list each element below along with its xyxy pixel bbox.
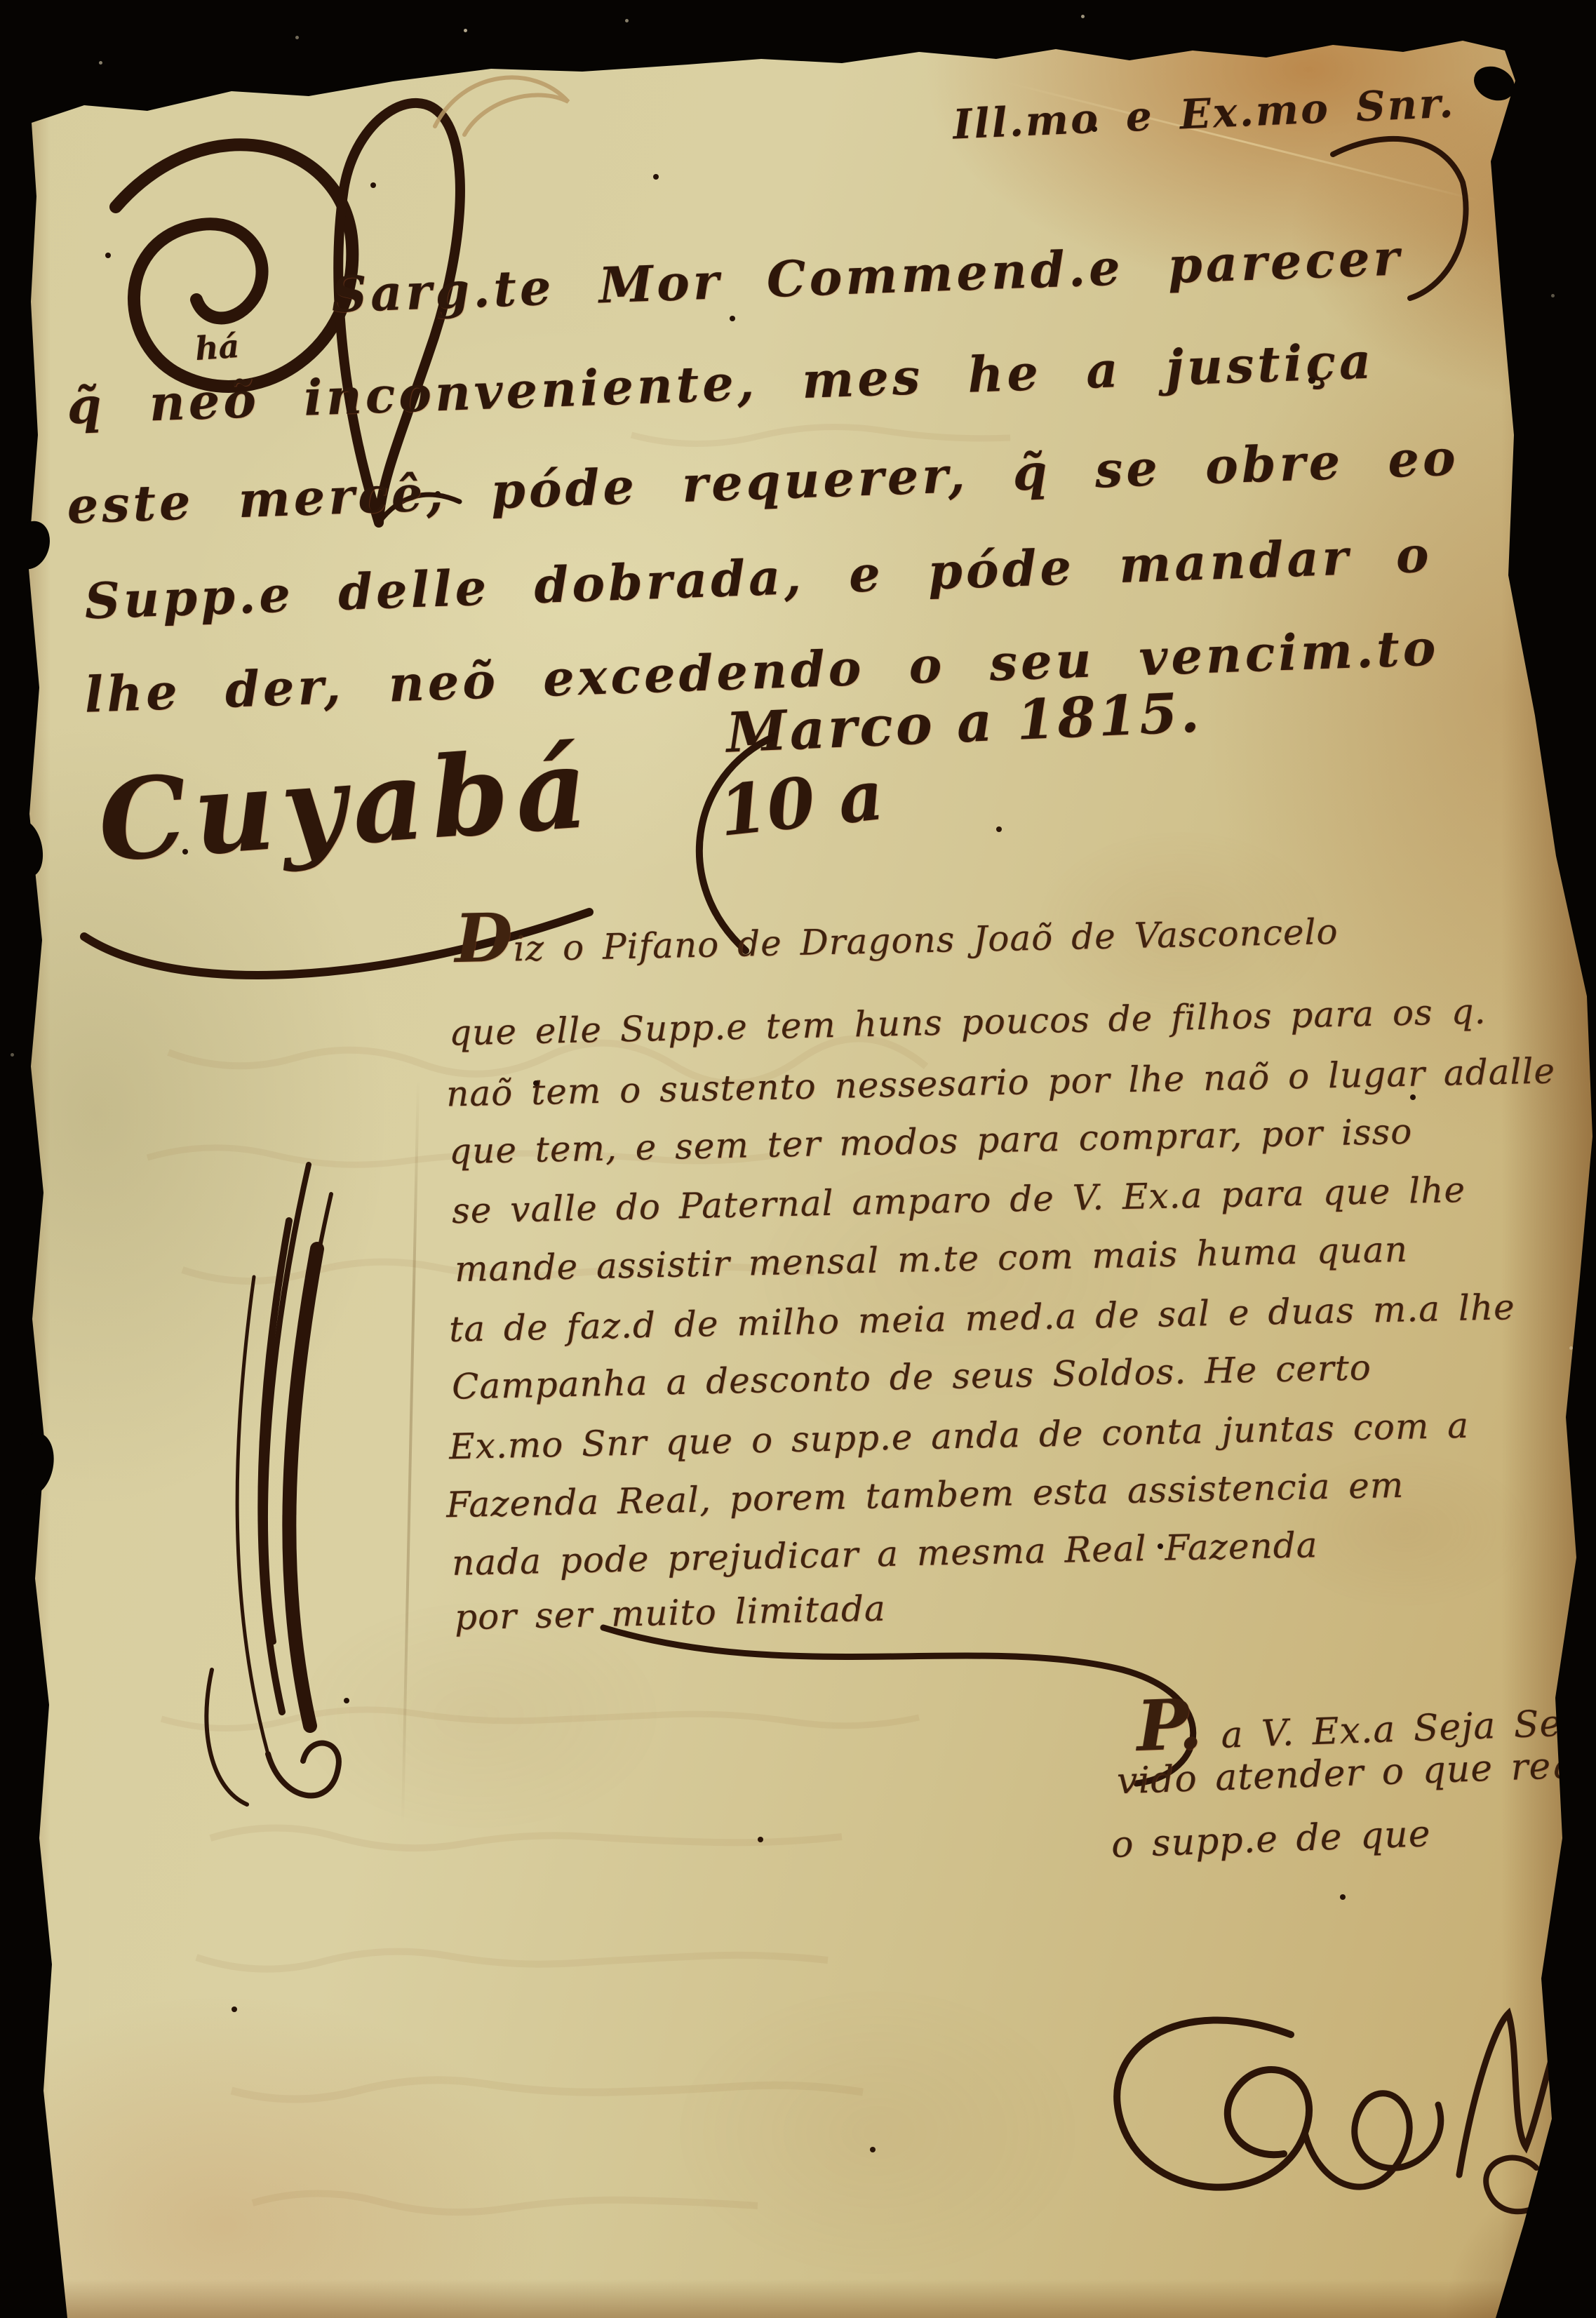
dust-specks	[0, 0, 2, 2]
margin-pen-strokes	[168, 1137, 393, 1838]
despacho-insertion: há	[194, 327, 241, 368]
photograph-of-manuscript: { "document": { "salutation": "Ill.mo e …	[0, 0, 1596, 2318]
top-edge-fiber	[421, 42, 589, 154]
manuscript-sheet: Ill.mo e Ex.mo Snr. Sarg.te Mor Commend.…	[0, 0, 1596, 2318]
day-number: 10 a	[716, 755, 887, 852]
signature-rubric	[1080, 1950, 1596, 2245]
